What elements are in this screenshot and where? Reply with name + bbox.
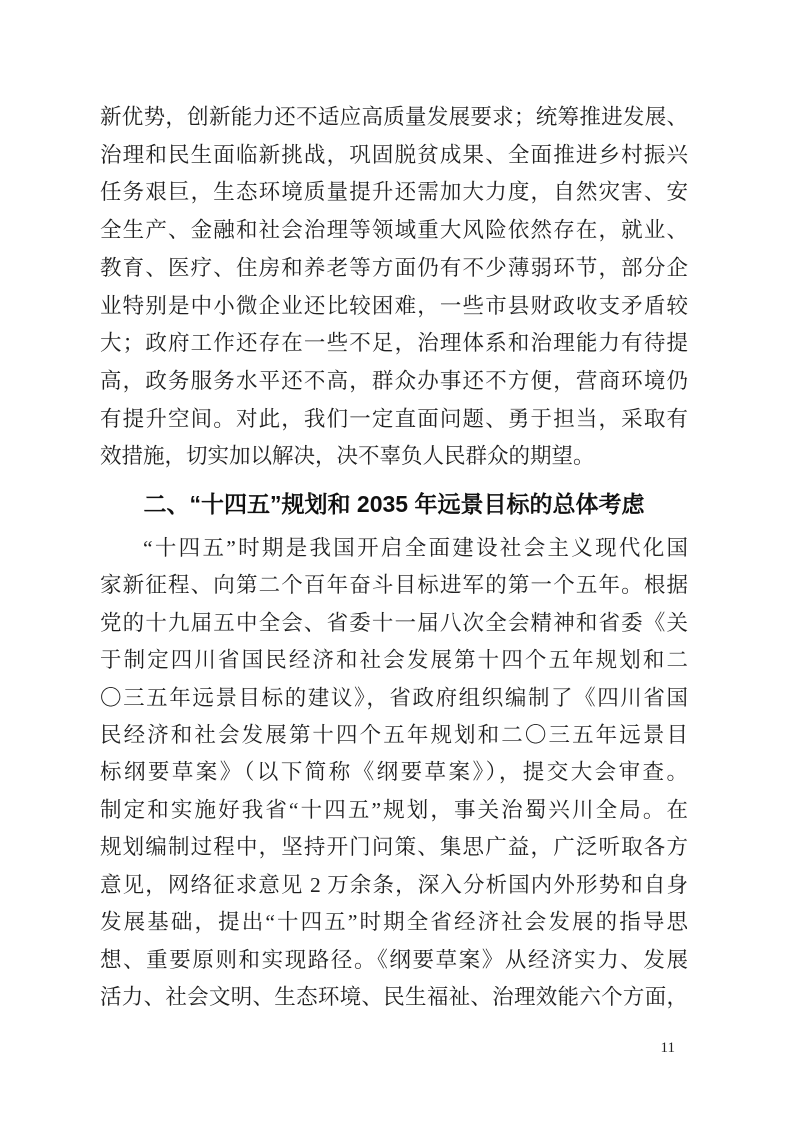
text-line: 全生产、金融和社会治理等领域重大风险依然存在，就业、 [100,212,688,250]
text-line: 高，政务服务水平还不高，群众办事还不方便，营商环境仍 [100,363,688,401]
text-line: 治理和民生面临新挑战，巩固脱贫成果、全面推进乡村振兴 [100,137,688,175]
text-line: 规划编制过程中，坚持开门问策、集思广益，广泛听取各方 [100,829,688,866]
text-line: 党的十九届五中全会、省委十一届八次全会精神和省委《关 [100,605,688,642]
text-line: 家新征程、向第二个百年奋斗目标进军的第一个五年。根据 [100,567,688,604]
text-line: 新优势，创新能力还不适应高质量发展要求；统筹推进发展、 [100,99,688,137]
paragraph-2: “十四五”时期是我国开启全面建设社会主义现代化国家新征程、向第二个百年奋斗目标进… [100,530,688,1016]
text-line: 大；政府工作还存在一些不足，治理体系和治理能力有待提 [100,325,688,363]
text-line: 效措施，切实加以解决，决不辜负人民群众的期望。 [100,438,688,476]
text-line: 〇三五年远景目标的建议》，省政府组织编制了《四川省国 [100,680,688,717]
text-line: 活力、社会文明、生态环境、民生福祉、治理效能六个方面， [100,979,688,1016]
section-heading: 二、“十四五”规划和 2035 年远景目标的总体考虑 [100,485,688,523]
text-line: 教育、医疗、住房和养老等方面仍有不少薄弱环节，部分企 [100,250,688,288]
text-line: 想、重要原则和实现路径。《纲要草案》从经济实力、发展 [100,942,688,979]
text-line: 于制定四川省国民经济和社会发展第十四个五年规划和二 [100,642,688,679]
text-line: 任务艰巨，生态环境质量提升还需加大力度，自然灾害、安 [100,174,688,212]
text-line: 发展基础，提出“十四五”时期全省经济社会发展的指导思 [100,904,688,941]
page-number: 11 [100,1038,675,1058]
text-line: 标纲要草案》（以下简称《纲要草案》），提交大会审查。 [100,754,688,791]
text-line: 制定和实施好我省“十四五”规划，事关治蜀兴川全局。在 [100,792,688,829]
paragraph-1: 新优势，创新能力还不适应高质量发展要求；统筹推进发展、治理和民生面临新挑战，巩固… [100,99,688,476]
document-page: 新优势，创新能力还不适应高质量发展要求；统筹推进发展、治理和民生面临新挑战，巩固… [0,0,793,1122]
text-line: 业特别是中小微企业还比较困难，一些市县财政收支矛盾较 [100,288,688,326]
text-line: 意见，网络征求意见 2 万余条，深入分析国内外形势和自身 [100,867,688,904]
text-line: 民经济和社会发展第十四个五年规划和二〇三五年远景目 [100,717,688,754]
text-line: “十四五”时期是我国开启全面建设社会主义现代化国 [100,530,688,567]
text-block: 新优势，创新能力还不适应高质量发展要求；统筹推进发展、治理和民生面临新挑战，巩固… [100,99,688,1016]
text-line: 有提升空间。对此，我们一定直面问题、勇于担当，采取有 [100,401,688,439]
